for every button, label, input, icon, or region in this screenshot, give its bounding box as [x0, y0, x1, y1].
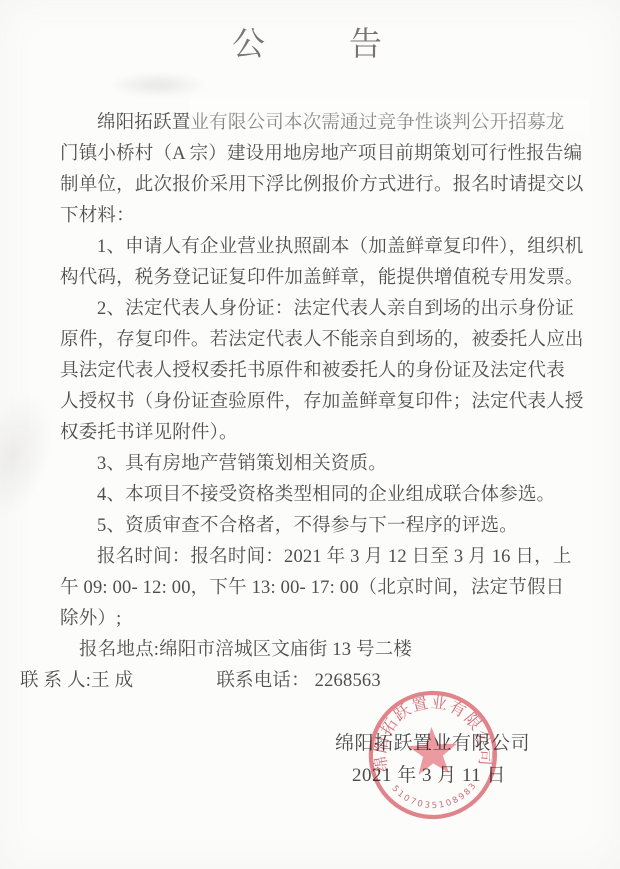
- contact-line: 联 系 人:王 成联系电话： 2268563: [0, 666, 620, 697]
- body-line: 构代码，税务登记证复印件加盖鲜章，能提供增值税专用发票。: [60, 263, 564, 294]
- body-line: 午 09: 00- 12: 00，下午 13: 00- 17: 00（北京时间，…: [60, 573, 564, 604]
- scanned-announcement-page: 公 告 绵阳拓跃置业有限公司本次需通过竞争性谈判公开招募龙门镇小桥村（A 宗）建…: [0, 0, 620, 869]
- body-line: 权委托书详见附件）。: [60, 418, 564, 449]
- official-seal: 绵阳拓跃置业有限公司 5107035108983: [344, 666, 523, 850]
- body-line: 绵阳拓跃置业有限公司本次需通过竞争性谈判公开招募龙: [60, 108, 564, 139]
- body-line: 制单位，此次报价采用下浮比例报价方式进行。报名时请提交以: [60, 170, 564, 201]
- seal-star-icon: [407, 726, 459, 776]
- body-line: 5、资质审查不合格者，不得参与下一程序的评选。: [60, 511, 564, 542]
- page-title: 公 告: [0, 0, 620, 64]
- body-line: 人授权书（身份证查验原件，存加盖鲜章复印件；法定代表人授: [60, 387, 564, 418]
- body-line: 报名时间：报名时间：2021 年 3 月 12 日至 3 月 16 日，上: [60, 542, 564, 573]
- footer-date: 2021 年 3 月 11 日: [0, 759, 620, 793]
- body-line: 具法定代表人授权委托书原件和被委托人的身份证及法定代表: [60, 356, 564, 387]
- body-line: 4、本项目不接受资格类型相同的企业组成联合体参选。: [60, 480, 564, 511]
- contact-person-label: 联 系 人:王 成: [20, 671, 133, 691]
- body-line: 3、具有房地产营销策划相关资质。: [60, 449, 564, 480]
- scan-smudge: [108, 72, 208, 98]
- body-line: 1、申请人有企业营业执照副本（加盖鲜章复印件），组织机: [60, 232, 564, 263]
- body-line: 门镇小桥村（A 宗）建设用地房地产项目前期策划可行性报告编: [60, 139, 564, 170]
- body-line: 下材料：: [60, 201, 564, 232]
- body-line: 报名地点:绵阳市涪城区文庙街 13 号二楼: [60, 635, 564, 666]
- body-line: 2、法定代表人身份证：法定代表人亲自到场的出示身份证: [60, 294, 564, 325]
- body-line: 除外）;: [60, 604, 564, 635]
- body-line: 原件，存复印件。若法定代表人不能亲自到场的，被委托人应出: [60, 325, 564, 356]
- signature-block: 绵阳拓跃置业有限公司 2021 年 3 月 11 日: [0, 729, 620, 793]
- body-text: 绵阳拓跃置业有限公司本次需通过竞争性谈判公开招募龙门镇小桥村（A 宗）建设用地房…: [0, 108, 620, 666]
- footer-company-name: 绵阳拓跃置业有限公司: [0, 729, 620, 759]
